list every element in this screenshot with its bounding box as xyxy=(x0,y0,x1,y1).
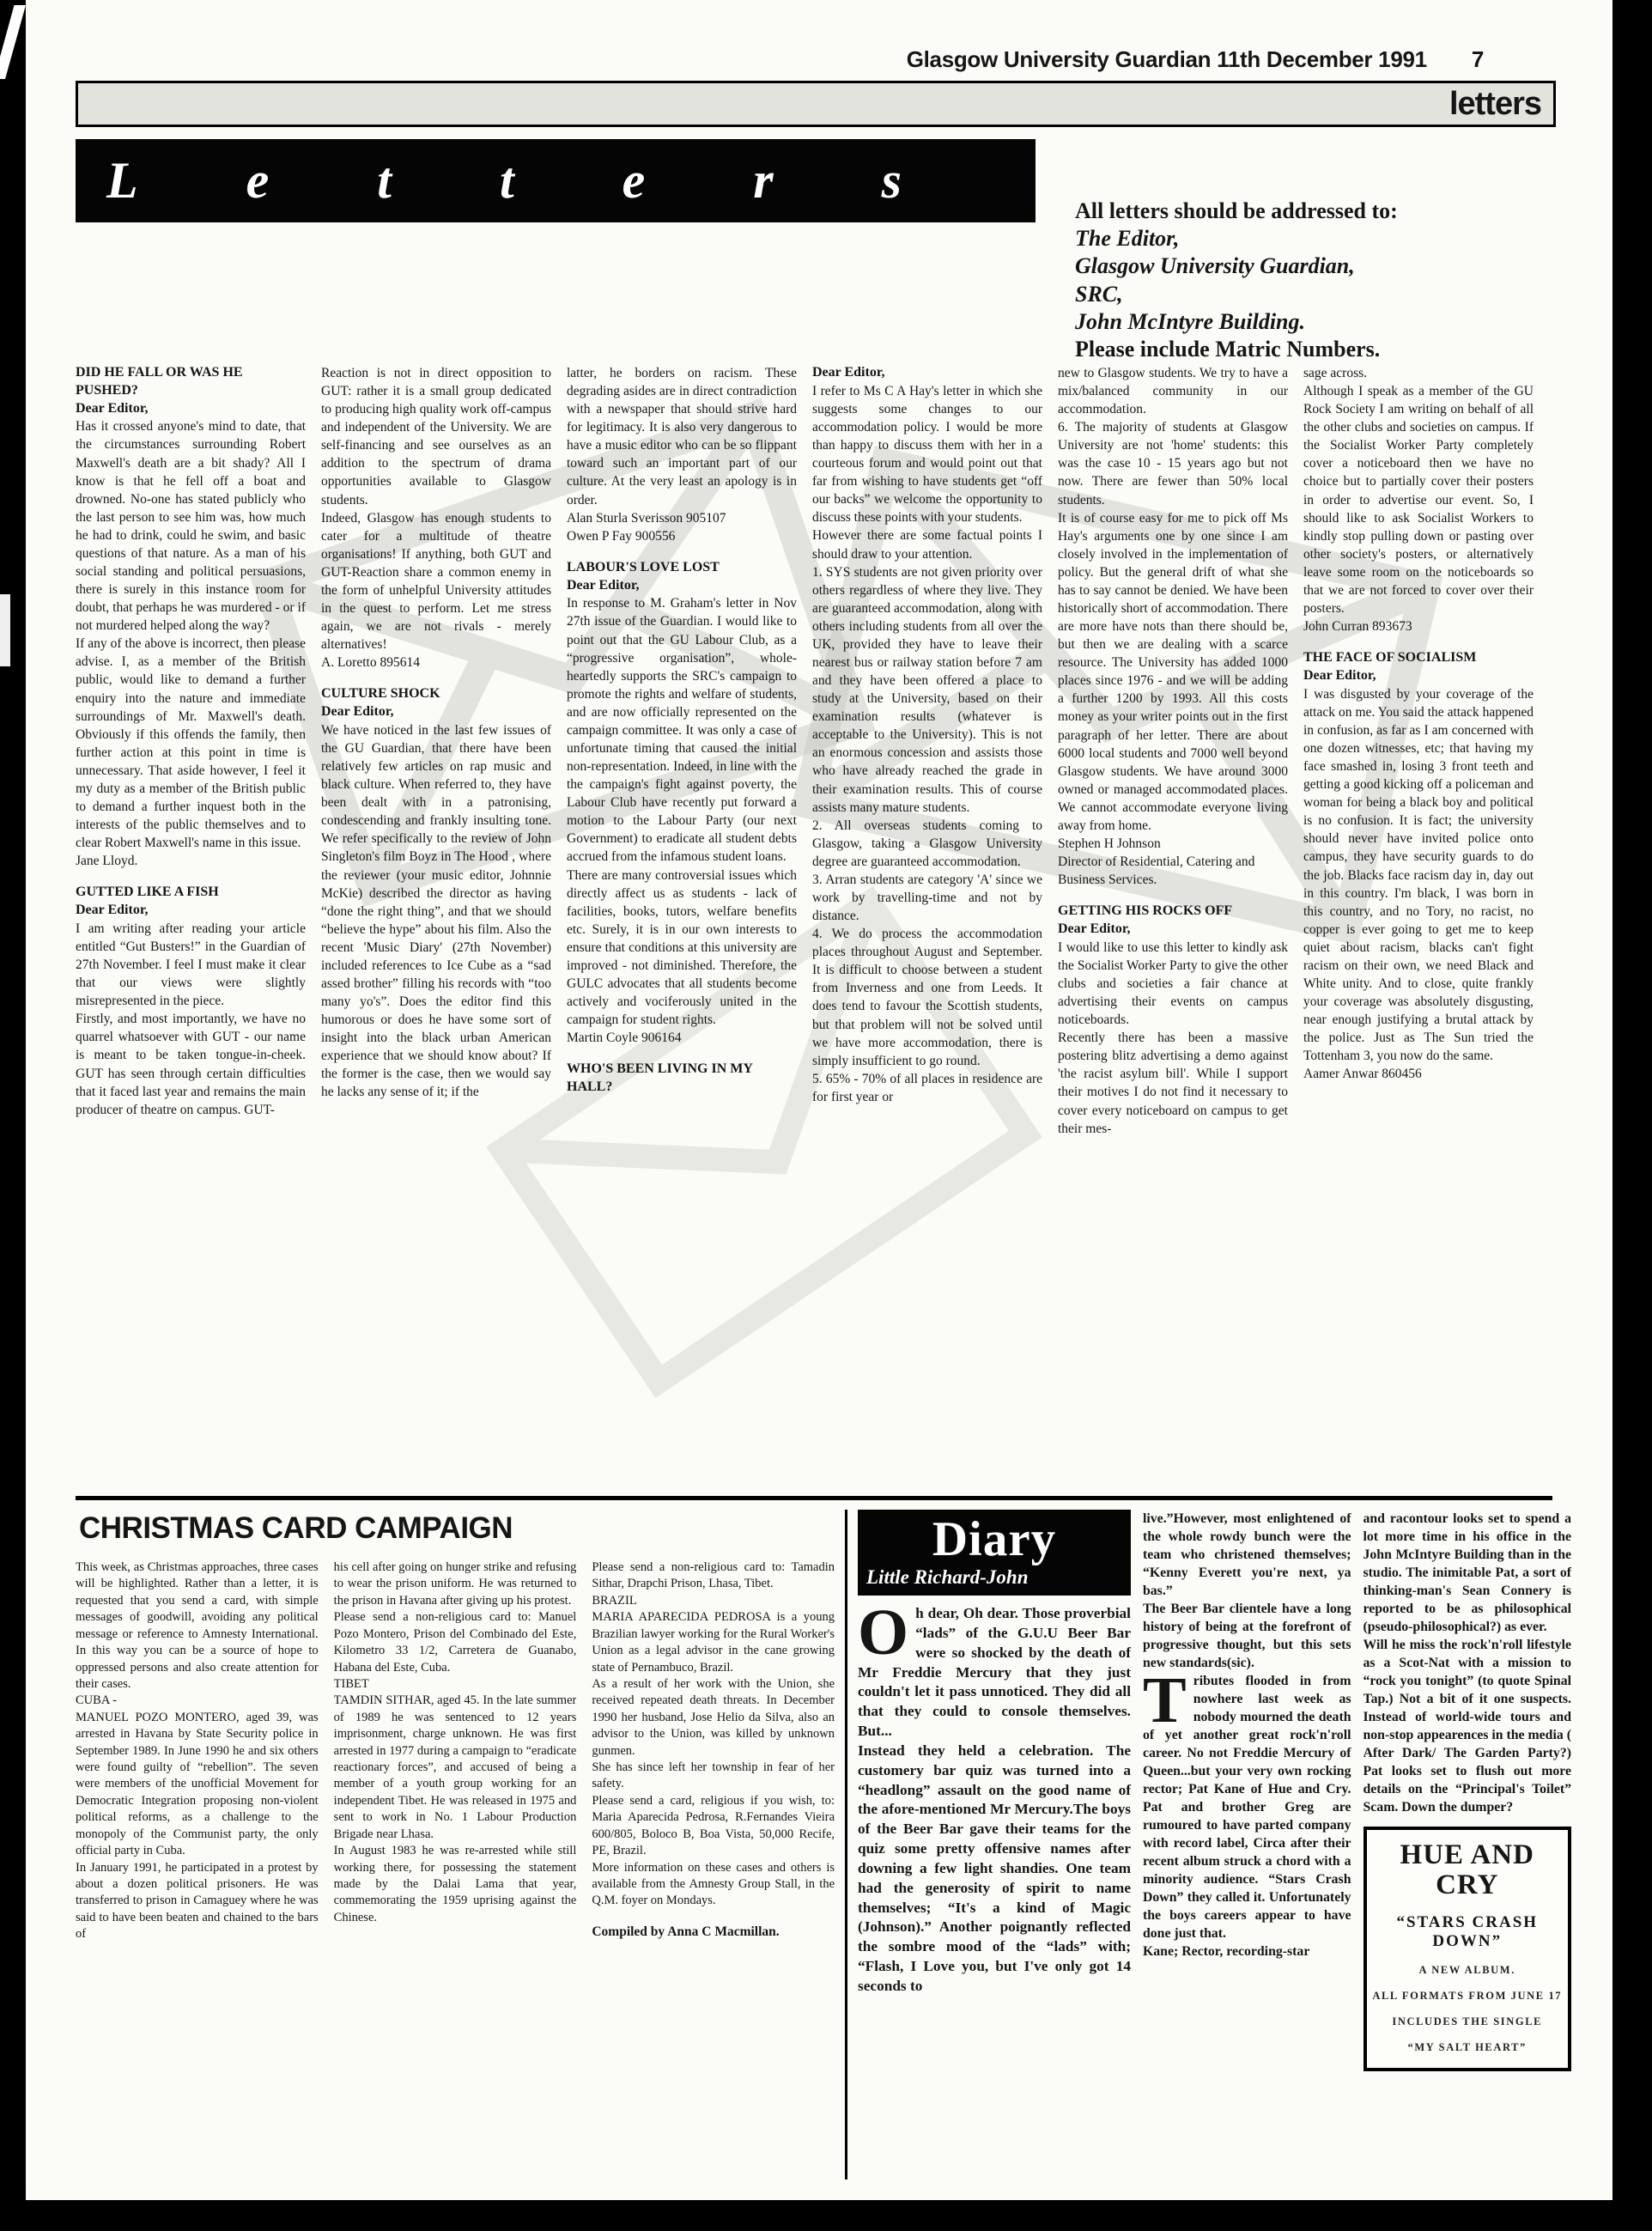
paragraph: new to Glasgow students. We try to have … xyxy=(1058,364,1288,418)
heading: Dear Editor, xyxy=(812,364,1042,382)
christmas-column-2: his cell after going on hunger strike an… xyxy=(334,1559,577,1943)
paragraph: live.”However, most enlightened of the w… xyxy=(1143,1510,1351,1600)
newspaper-paper: Glasgow University Guardian 11th Decembe… xyxy=(26,0,1613,2200)
letters-column-4: Dear Editor,I refer to Ms C A Hay's lett… xyxy=(812,364,1042,1491)
signature-line: Owen P Fay 900556 xyxy=(567,527,797,545)
newspaper-masthead: Glasgow University Guardian 11th Decembe… xyxy=(907,46,1427,72)
diary-masthead: Diary Little Richard-John xyxy=(858,1510,1131,1596)
paragraph: We have noticed in the last few issues o… xyxy=(321,721,551,1102)
paragraph: It is of course easy for me to pick off … xyxy=(1058,509,1288,835)
ad-album-title: “STARS CRASH DOWN” xyxy=(1370,1913,1565,1951)
heading: LABOUR'S LOVE LOST xyxy=(567,559,797,577)
letters-address-block: All letters should be addressed to: The … xyxy=(1075,198,1487,363)
heading: Dear Editor, xyxy=(76,902,306,920)
ad-detail-line: “MY SALT HEART” xyxy=(1370,2041,1565,2054)
paragraph: This week, as Christmas approaches, thre… xyxy=(76,1559,319,1693)
paragraph: 1. SYS students are not given priority o… xyxy=(812,563,1042,817)
paragraph: In January 1991, he participated in a pr… xyxy=(76,1860,319,1943)
paragraph: Kane; Rector, recording-star xyxy=(1143,1942,1351,1960)
section-banner-label: letters xyxy=(1449,88,1553,120)
ad-artist-name: HUE AND CRY xyxy=(1370,1840,1565,1900)
paragraph: Recently there has been a massive poster… xyxy=(1058,1029,1288,1137)
heading: Dear Editor, xyxy=(1058,921,1288,939)
paragraph: She has since left her township in fear … xyxy=(592,1760,835,1793)
drop-cap: O xyxy=(858,1609,908,1657)
paragraph: TAMDIN SITHAR, aged 45. In the late summ… xyxy=(334,1693,577,1843)
diary-column-1-text: Oh dear, Oh dear. Those proverbial “lads… xyxy=(858,1604,1131,1997)
diary-title: Diary xyxy=(866,1515,1122,1565)
heading: THE FACE OF SOCIALISM xyxy=(1303,649,1534,667)
paragraph: Reaction is not in direct opposition to … xyxy=(321,364,551,509)
paragraph: TIBET xyxy=(334,1676,577,1693)
paragraph: Please send a card, religious if you wis… xyxy=(592,1793,835,1860)
signature-line: Director of Residential, Catering and Bu… xyxy=(1058,853,1288,889)
bottom-section: CHRISTMAS CARD CAMPAIGN This week, as Ch… xyxy=(76,1510,1571,2179)
signature-line: Stephen H Johnson xyxy=(1058,835,1288,853)
paragraph: and racontour looks set to spend a lot m… xyxy=(1364,1510,1572,1636)
christmas-columns: This week, as Christmas approaches, thre… xyxy=(76,1559,835,1943)
paragraph: Please send a non-religious card to: Man… xyxy=(334,1609,577,1676)
diary-byline: Little Richard-John xyxy=(866,1566,1122,1589)
signature-line: Aamer Anwar 860456 xyxy=(1303,1065,1534,1083)
diary-column-2: live.”However, most enlightened of the w… xyxy=(1143,1510,1351,2179)
diary-section: Diary Little Richard-John Oh dear, Oh de… xyxy=(858,1510,1571,2179)
ad-detail-line: A NEW ALBUM. xyxy=(1370,1964,1565,1977)
hue-and-cry-ad: HUE AND CRY “STARS CRASH DOWN” A NEW ALB… xyxy=(1364,1827,1572,2071)
ad-detail-line: ALL FORMATS FROM JUNE 17 xyxy=(1370,1990,1565,2003)
paragraph: 5. 65% - 70% of all places in residence … xyxy=(812,1070,1042,1106)
paragraph: Please send a non-religious card to: Tam… xyxy=(592,1559,835,1593)
scan-border-bottom xyxy=(0,2200,1652,2231)
signature-line: A. Loretto 895614 xyxy=(321,653,551,672)
signature-line: Jane Lloyd. xyxy=(76,852,306,870)
diary-column-1: Diary Little Richard-John Oh dear, Oh de… xyxy=(858,1510,1131,2179)
christmas-column-3: Please send a non-religious card to: Tam… xyxy=(592,1559,835,1943)
paragraph: In August 1983 he was re-arrested while … xyxy=(334,1843,577,1926)
paragraph: I refer to Ms C A Hay's letter in which … xyxy=(812,382,1042,527)
page-header: Glasgow University Guardian 11th Decembe… xyxy=(26,46,1484,73)
address-line: SRC, xyxy=(1075,281,1487,308)
heading: Dear Editor, xyxy=(1303,667,1534,685)
paragraph: 6. The majority of students at Glasgow U… xyxy=(1058,418,1288,508)
drop-cap: T xyxy=(1143,1677,1187,1724)
heading: Dear Editor, xyxy=(567,577,797,595)
section-banner: letters xyxy=(76,81,1556,127)
vertical-divider-rule xyxy=(845,1510,847,2179)
paragraph: his cell after going on hunger strike an… xyxy=(334,1559,577,1609)
address-line: Glasgow University Guardian, xyxy=(1075,252,1487,280)
heading: Dear Editor, xyxy=(76,400,306,418)
paragraph: 4. We do process the accommodation place… xyxy=(812,925,1042,1070)
address-footer: Please include Matric Numbers. xyxy=(1075,336,1487,363)
scan-fold-artifact xyxy=(0,594,10,666)
paragraph: However there are some factual points I … xyxy=(812,526,1042,562)
signature-line: Alan Sturla Sverisson 905107 xyxy=(567,509,797,527)
paragraph: Has it crossed anyone's mind to date, th… xyxy=(76,417,306,635)
letters-column-6: sage across.Although I speak as a member… xyxy=(1303,364,1534,1491)
christmas-column-1: This week, as Christmas approaches, thre… xyxy=(76,1559,319,1943)
heading: DID HE FALL OR WAS HE PUSHED? xyxy=(76,364,306,400)
paragraph: I was disgusted by your coverage of the … xyxy=(1303,685,1534,1066)
diary-column-3-text: and racontour looks set to spend a lot m… xyxy=(1364,1510,1572,1816)
heading: GETTING HIS ROCKS OFF xyxy=(1058,903,1288,921)
paragraph: Indeed, Glasgow has enough students to c… xyxy=(321,509,551,654)
paragraph: As a result of her work with the Union, … xyxy=(592,1676,835,1760)
paragraph: In response to M. Graham's letter in Nov… xyxy=(567,594,797,866)
paragraph: There are many controversial issues whic… xyxy=(567,866,797,1030)
paragraph: latter, he borders on racism. These degr… xyxy=(567,364,797,509)
paragraph: 2. All overseas students coming to Glasg… xyxy=(812,817,1042,871)
paragraph: Tributes flooded in from nowhere last we… xyxy=(1143,1672,1351,1942)
paragraph: The Beer Bar clientele have a long histo… xyxy=(1143,1600,1351,1672)
paragraph: Will he miss the rock'n'roll lifestyle a… xyxy=(1364,1636,1572,1816)
letters-masthead-title: Letters xyxy=(76,151,1010,210)
heading: GUTTED LIKE A FISH xyxy=(76,884,306,902)
letters-columns: DID HE FALL OR WAS HE PUSHED?Dear Editor… xyxy=(76,364,1534,1491)
scan-border-right xyxy=(1613,0,1652,2231)
paragraph: Oh dear, Oh dear. Those proverbial “lads… xyxy=(858,1604,1131,1742)
paragraph: Firstly, and most importantly, we have n… xyxy=(76,1010,306,1118)
letters-column-2: Reaction is not in direct opposition to … xyxy=(321,364,551,1491)
signature-line: John Curran 893673 xyxy=(1303,617,1534,635)
christmas-card-campaign: CHRISTMAS CARD CAMPAIGN This week, as Ch… xyxy=(76,1510,835,2179)
section-divider-rule xyxy=(76,1496,1552,1500)
paragraph: MARIA APARECIDA PEDROSA is a young Brazi… xyxy=(592,1609,835,1676)
letters-column-3: latter, he borders on racism. These degr… xyxy=(567,364,797,1491)
ad-detail-line: INCLUDES THE SINGLE xyxy=(1370,2015,1565,2028)
paragraph: I am writing after reading your article … xyxy=(76,920,306,1010)
address-line: John McIntyre Building. xyxy=(1075,308,1487,336)
address-intro: All letters should be addressed to: xyxy=(1075,198,1487,225)
paragraph: Although I speak as a member of the GU R… xyxy=(1303,382,1534,617)
heading: Dear Editor, xyxy=(321,703,551,721)
scan-border-left xyxy=(0,0,26,2231)
letters-column-5: new to Glasgow students. We try to have … xyxy=(1058,364,1288,1491)
heading: WHO'S BEEN LIVING IN MY HALL? xyxy=(567,1061,797,1097)
newspaper-page: Glasgow University Guardian 11th Decembe… xyxy=(0,0,1652,2231)
christmas-campaign-title: CHRISTMAS CARD CAMPAIGN xyxy=(79,1511,835,1546)
paragraph: More information on these cases and othe… xyxy=(592,1860,835,1910)
signature-line: Martin Coyle 906164 xyxy=(567,1029,797,1047)
address-line: The Editor, xyxy=(1075,225,1487,252)
page-number: 7 xyxy=(1472,46,1484,72)
paragraph: CUBA - xyxy=(76,1693,319,1709)
paragraph: 3. Arran students are category 'A' since… xyxy=(812,871,1042,925)
letters-column-1: DID HE FALL OR WAS HE PUSHED?Dear Editor… xyxy=(76,364,306,1491)
diary-column-3: and racontour looks set to spend a lot m… xyxy=(1364,1510,1572,2179)
letters-masthead: Letters xyxy=(76,139,1036,222)
paragraph: BRAZIL xyxy=(592,1593,835,1609)
heading: Compiled by Anna C Macmillan. xyxy=(592,1924,835,1941)
paragraph: I would like to use this letter to kindl… xyxy=(1058,939,1288,1029)
paragraph: Instead they held a celebration. The cus… xyxy=(858,1742,1131,1997)
heading: CULTURE SHOCK xyxy=(321,685,551,703)
paragraph: If any of the above is incorrect, then p… xyxy=(76,635,306,852)
paragraph: MANUEL POZO MONTERO, aged 39, was arrest… xyxy=(76,1710,319,1860)
paragraph: sage across. xyxy=(1303,364,1534,382)
